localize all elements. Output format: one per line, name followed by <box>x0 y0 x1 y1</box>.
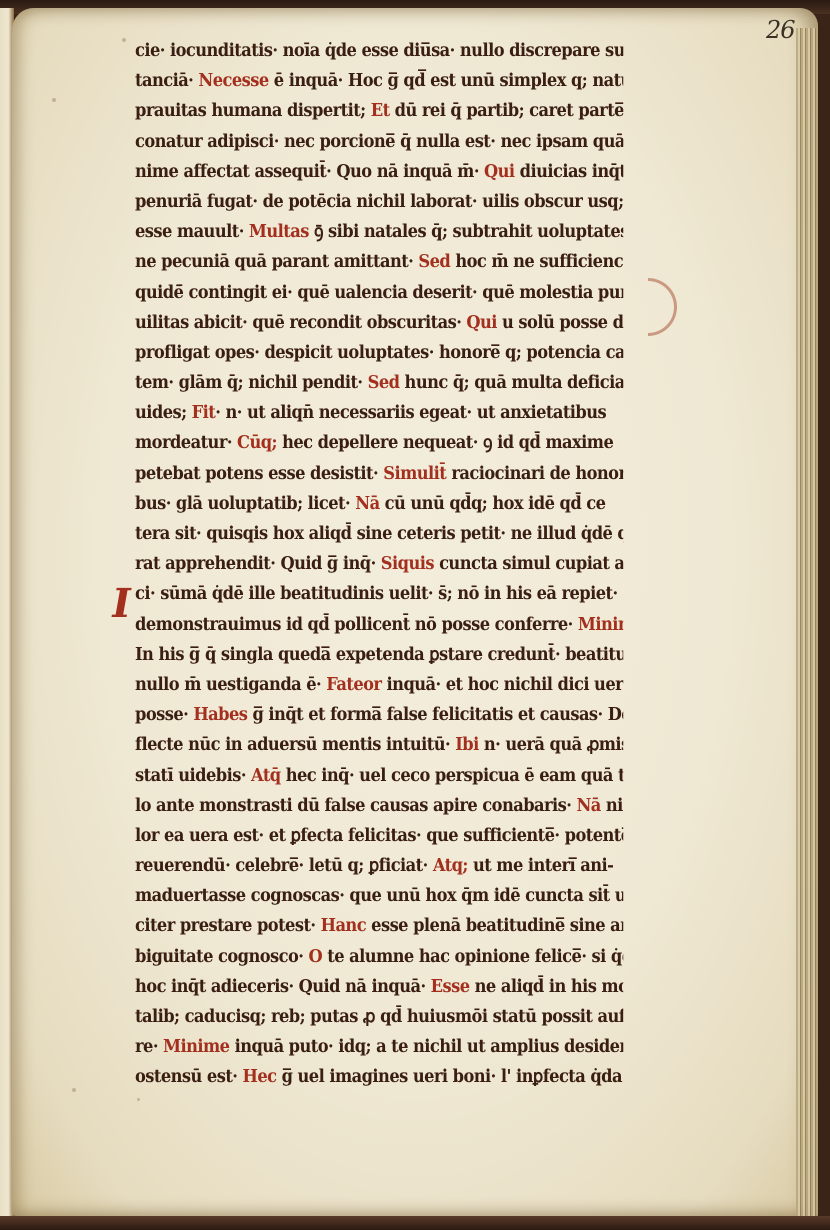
manuscript-line: nime affectat assequit̄· Quo nā inquā m̄… <box>135 157 623 187</box>
rubricated-word: O <box>309 947 323 967</box>
manuscript-line: rat apprehendit· Quid g̅ inq̄· Siquis cu… <box>135 549 623 579</box>
parchment-spot <box>72 1088 76 1092</box>
manuscript-line: statī uidebis· Atq̄ hec inq̄· uel ceco p… <box>135 761 623 791</box>
folio-number: 26 <box>766 16 795 44</box>
rubricated-word: Hec <box>243 1067 277 1087</box>
manuscript-line: talib; caducisq; reb; putas ꝓ qd̄ huiusm… <box>135 1002 623 1032</box>
manuscript-line: demonstrauimus id qd̄ pollicent̄ nō poss… <box>135 610 623 640</box>
manuscript-line: biguitate cognosco· O te alumne hac opin… <box>135 942 623 972</box>
rubricated-word: Nā <box>355 494 379 514</box>
manuscript-line: cie· iocunditatis· noīa q̇de esse diu̅sa… <box>135 36 623 66</box>
manuscript-line: mordeatur· Cūq; hec depellere nequeat· ꝯ… <box>135 428 623 458</box>
page-fore-edge <box>796 28 818 1230</box>
manuscript-line: uilitas abicit· quē recondit obscuritas·… <box>135 308 623 338</box>
manuscript-line: conatur adipisci· nec porcione̅ q̄ nulla… <box>135 127 623 157</box>
manuscript-line: tanciā· Necesse ē inquā· Hoc g̅ qd̅ est … <box>135 66 623 96</box>
manuscript-line: ostensū est· Hec g̅ uel imagines ueri bo… <box>135 1062 623 1092</box>
rubricated-word: Nā <box>576 796 600 816</box>
manuscript-line: petebat potens esse desistit· Simulit̄ r… <box>135 459 623 489</box>
rubricated-word: Minime <box>578 615 623 635</box>
manuscript-line: posse· Habes g̅ inq̄t et forma̅ false fe… <box>135 700 623 730</box>
rubricated-word: Siquis <box>381 554 434 574</box>
rubricated-word: Ibi <box>455 735 479 755</box>
manuscript-line: re· Minime inquā puto· idq; a te nichil … <box>135 1032 623 1062</box>
rubricated-word: Habes <box>193 705 247 725</box>
rubricated-word: Qui <box>466 313 497 333</box>
rubricated-word: Fateor <box>326 675 381 695</box>
rubricated-word: Sed <box>368 373 400 393</box>
manuscript-line: lor ea uera est· et ꝑfecta felicitas· qu… <box>135 821 623 851</box>
manuscript-line: citer prestare potest· Hanc esse plenā b… <box>135 911 623 941</box>
manuscript-line: tem· glām q̄; nichil pendit· Sed hunc q̄… <box>135 368 623 398</box>
rubricated-word: Cūq; <box>237 433 277 453</box>
manuscript-line: reuerendū· celebre̅· letū q; ꝑficiat· At… <box>135 851 623 881</box>
manuscript-line: penuriā fugat· de potēcia nichil laborat… <box>135 187 623 217</box>
manuscript-line: In his g̅ q̄ singla queda̅ expetenda ꝑst… <box>135 640 623 670</box>
manuscript-text-block: cie· iocunditatis· noīa q̇de esse diu̅sa… <box>135 36 660 1093</box>
parchment-spot <box>122 38 126 42</box>
parchment-spot <box>52 98 56 102</box>
rubricated-word: Esse <box>431 977 470 997</box>
rubricated-word: Sed <box>418 252 450 272</box>
rubricated-word: Multas <box>249 222 309 242</box>
manuscript-line: quidē̄ contingit ei· quē ualencia deseri… <box>135 278 623 308</box>
manuscript-line: bus· glā uoluptatib; licet· Nā cū unū qd… <box>135 489 623 519</box>
rubricated-word: Simulit̄ <box>383 464 446 484</box>
rubricated-word: Et <box>371 101 390 121</box>
manuscript-line: uides; Fit· n· ut aliqn̄ necessariis ege… <box>135 398 623 428</box>
manuscript-line: tera sit· quisqis hox aliqd̄ sine ceteri… <box>135 519 623 549</box>
parchment-spot <box>137 1098 140 1101</box>
manuscript-line: hoc inq̄t adieceris· Quid nā inquā· Esse… <box>135 972 623 1002</box>
manuscript-line: prauitas humana dispertit; Et dū rei q̄ … <box>135 96 623 126</box>
rubricated-word: Fit <box>192 403 216 423</box>
manuscript-line: ne pecuniā quā parant amittant· Sed hoc … <box>135 247 623 277</box>
book-cover-bottom <box>0 1216 830 1230</box>
rubricated-word: Necesse <box>198 71 268 91</box>
rubricated-word: Minime <box>163 1037 229 1057</box>
manuscript-line: esse mauult· Multas ꝯ̄ sibi natales q̄; … <box>135 217 623 247</box>
manuscript-line: maduertasse cognoscas· que unū hox q̄m i… <box>135 881 623 911</box>
manuscript-line: ci· sūmā q̇dē ille beatitudinis uelit· s… <box>135 579 623 609</box>
manuscript-line: profligat opes· despicit uoluptates· hon… <box>135 338 623 368</box>
rubricated-word: Qui <box>484 162 515 182</box>
rubricated-word: Atq; <box>433 856 468 876</box>
manuscript-line: nullo m̄ uestiganda ē· Fateor inquā· et … <box>135 670 623 700</box>
rubricated-word: Hanc <box>321 916 366 936</box>
rubricated-word: Atq̄ <box>251 766 281 786</box>
manuscript-line: lo ante monstrasti dū false causas apire… <box>135 791 623 821</box>
manuscript-line: flecte nūc in aduersū mentis intuitū· Ib… <box>135 730 623 760</box>
